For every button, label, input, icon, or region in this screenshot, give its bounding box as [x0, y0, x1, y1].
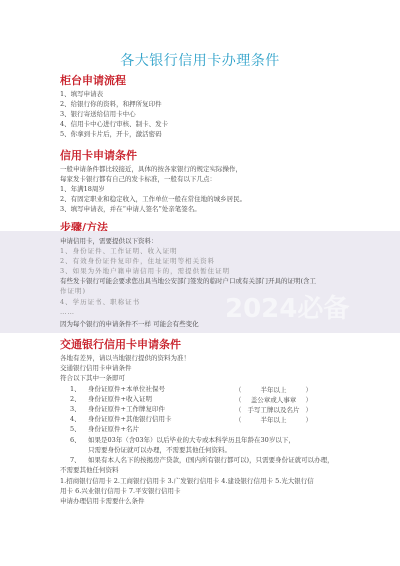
condition-text: 身份证原件+收入证明: [88, 395, 152, 404]
paragraph-line: 申请办理信用卡需要什么条件: [60, 497, 145, 506]
paragraph-line: 用卡 6.兴业银行信用卡 7.平安银行信用卡: [60, 487, 181, 496]
condition-number: 5、: [70, 425, 81, 434]
condition-text: 如果有本人名下的按揭房产贷款，(国内所有银行都可以)，只需要身份证就可以办理，: [88, 456, 334, 465]
condition-requirement: （半年以上）: [235, 415, 312, 424]
requirement-value: 半年以上: [242, 415, 306, 424]
condition-requirement: （盖公章或人事章）: [235, 395, 312, 404]
requirement-value: 盖公章或人事章: [242, 395, 306, 404]
paren: ）: [306, 396, 313, 404]
condition-number: 3、: [70, 405, 81, 414]
condition-text: 只需要身份证就可以办理，不需要其他任何资料。: [88, 446, 231, 455]
paren: ）: [306, 416, 313, 424]
list-item: 2、有固定职业和稳定收入，工作单位一般在常住地的城乡居民。: [60, 195, 246, 204]
condition-text: 身份证原件+其他银行信用卡: [88, 415, 171, 424]
condition-number: 4、: [70, 415, 81, 424]
condition-text: 身份证原件+工作牌复印件: [88, 405, 165, 414]
paragraph-line: 符合以下其中一条即可: [60, 374, 125, 383]
note-line: 因为每个银行的申请条件不一样 可能会有些变化: [60, 320, 199, 329]
paragraph-line: 有些发卡银行可能会要求您出具当地公安部门签发的临时户口或有关部门开具的证明(含工: [60, 277, 316, 286]
condition-requirement: （手写工牌以及名片）: [235, 405, 312, 414]
list-item: 1、身份证件、工作证明、收入证明: [60, 247, 178, 256]
condition-number: 7、: [70, 456, 81, 465]
paren: ）: [306, 386, 313, 394]
condition-requirement: （半年以上）: [235, 385, 312, 394]
requirement-value: 半年以上: [242, 385, 306, 394]
paren: ）: [306, 406, 313, 414]
paragraph-line: 每家发卡银行都有自己的发卡标准，一般有以下几点：: [60, 175, 216, 184]
page-title: 各大银行信用卡办理条件: [0, 50, 400, 70]
section-heading-counter-process: 柜台申请流程: [60, 72, 126, 88]
list-item: 1、年满18周岁: [60, 185, 105, 194]
condition-number: 1、: [70, 385, 81, 394]
list-item: 3、填写申请表，并在“申请人签名”处亲笔签名。: [60, 205, 201, 214]
list-item: 3、银行寄送给信用卡中心: [60, 110, 136, 119]
condition-text: 如果是03年（含03年）以后毕业的大专或本科学历且年龄在30岁以下，: [88, 436, 295, 445]
list-item: 4、信用卡中心进行审核、制卡、发卡: [60, 120, 168, 129]
list-item: 2、有效身份证件复印件，住址证明等相关资料: [60, 257, 215, 266]
paragraph-line: 申请信用卡，需要提供以下资料：: [60, 237, 158, 246]
condition-text: 身份证原件+名片: [88, 425, 139, 434]
condition-number: 2、: [70, 395, 81, 404]
condition-text: 身份证原件+本单位社保号: [88, 385, 165, 394]
section-heading-bocom-conditions: 交通银行信用卡申请条件: [60, 336, 181, 352]
list-item: 3、如果为外地户籍申请信用卡的，需提供暂住证明: [60, 267, 230, 276]
list-item: 4、学历证书、职称证书: [60, 298, 140, 307]
paragraph-line: 各地有差异，请以当地银行提供的资料为准！: [60, 354, 190, 363]
paragraph-line: 1.招商银行信用卡 2.工商银行信用卡 3.广发银行信用卡 4.建设银行信用卡 …: [60, 477, 314, 486]
watermark-text: 2024必备: [225, 288, 349, 325]
paragraph-line: 不需要其他任何资料: [60, 466, 119, 475]
condition-number: 6、: [70, 436, 81, 445]
paragraph-line: 一般申请条件都比较接近，具体的按各家银行的规定实际操作，: [60, 165, 242, 174]
list-item: 5、你拿到卡片后，开卡，激活密码: [60, 130, 162, 139]
requirement-value: 手写工牌以及名片: [242, 405, 306, 414]
list-item: 2、给银行你的资料，和押所复印件: [60, 100, 162, 109]
section-heading-apply-conditions: 信用卡申请条件: [60, 147, 137, 163]
list-item: 1、填写申请表: [60, 90, 103, 99]
paragraph-line: 作证明): [60, 287, 86, 296]
list-item: ……: [60, 308, 75, 317]
document-page: 各大银行信用卡办理条件 柜台申请流程 1、填写申请表 2、给银行你的资料，和押所…: [0, 0, 400, 566]
paragraph-line: 交通银行信用卡申请条件: [60, 364, 132, 373]
